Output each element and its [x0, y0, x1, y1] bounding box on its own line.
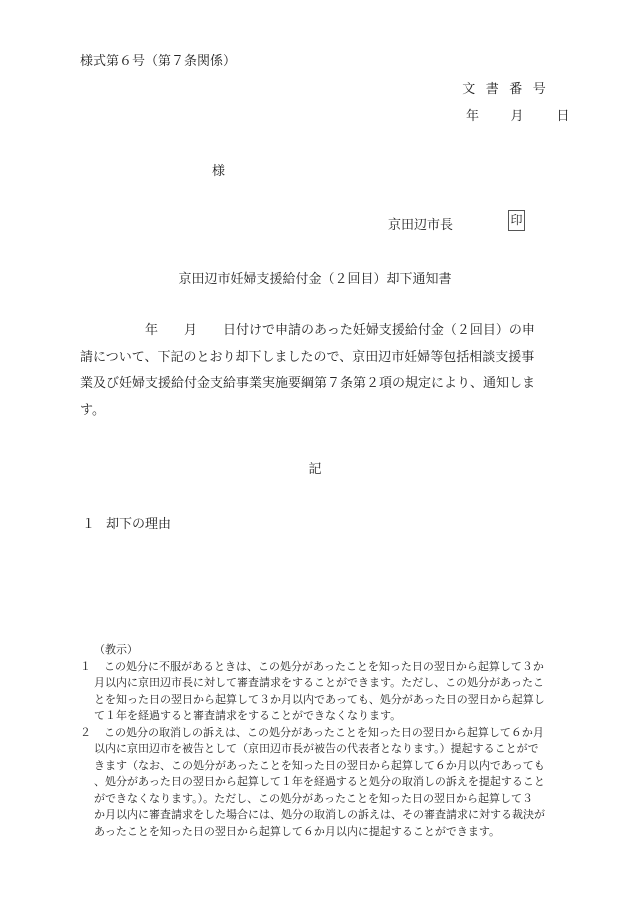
notice-line: 、処分があった日の翌日から起算して１年を経過すると処分の取消しの訴えを提起するこ…	[94, 774, 555, 791]
notice-line: て１年を経過すると審査請求をすることができなくなります。	[94, 708, 555, 725]
notice-line: 以内に京田辺市を被告として（京田辺市長が被告の代表者となります。）提起することが…	[94, 741, 555, 758]
date-day-label: 日	[546, 105, 580, 124]
notice-line: か月以内に審査請求をした場合には、処分の取消しの訴えは、その審査請求に対する裁決…	[94, 807, 555, 824]
notice-item-number: ２	[80, 725, 91, 742]
seal-stamp-box: 印	[508, 210, 525, 231]
ki-heading: 記	[0, 458, 630, 477]
notice-item-number: １	[80, 659, 91, 676]
notice-line: 月以内に京田辺市長に対して審査請求をすることができます。ただし、この処分があった…	[94, 675, 555, 692]
document-number-char: 号	[528, 78, 552, 97]
body-line: す。	[80, 398, 550, 425]
document-date-label: 年月日	[457, 105, 580, 124]
body-line: 年 月 日付けで申請のあった妊婦支援給付金（２回目）の申	[80, 318, 550, 345]
addressee-suffix: 様	[212, 160, 225, 179]
notice-line: この処分の取消しの訴えは、この処分があったことを知った日の翌日から起算して６か月	[94, 725, 555, 742]
form-number: 様式第６号（第７条関係）	[80, 50, 236, 69]
reason-section-number: １	[82, 513, 106, 532]
notice-item: ２ この処分の取消しの訴えは、この処分があったことを知った日の翌日から起算して６…	[80, 725, 555, 841]
body-line: 請について、下記のとおり却下しましたので、京田辺市妊婦等包括相談支援事	[80, 345, 550, 372]
notice-line: ができなくなります。）。ただし、この処分があったことを知った日の翌日から起算して…	[94, 791, 555, 808]
body-line: 業及び妊婦支援給付金支給事業実施要綱第７条第２項の規定により、通知しま	[80, 371, 550, 398]
reason-section-label: 却下の理由	[106, 517, 171, 532]
date-month-label: 月	[488, 105, 546, 124]
notice-line: あったことを知った日の翌日から起算して６か月以内に提起することができます。	[94, 824, 555, 841]
notice-item: １ この処分に不服があるときは、この処分があったことを知った日の翌日から起算して…	[80, 659, 555, 725]
document-number-char: 書	[481, 78, 505, 97]
document-number-char: 番	[504, 78, 528, 97]
document-title: 京田辺市妊婦支援給付金（２回目）却下通知書	[0, 268, 630, 287]
notice-line: きます（なお、この処分があったことを知った日の翌日から起算して６か月以内であって…	[94, 758, 555, 775]
notice-line: この処分に不服があるときは、この処分があったことを知った日の翌日から起算して３か	[94, 659, 555, 676]
appeal-notice: （教示） １ この処分に不服があるときは、この処分があったことを知った日の翌日か…	[80, 642, 555, 840]
document-number-label: 文書番号	[457, 78, 551, 97]
notice-header: （教示）	[80, 642, 555, 659]
document-number-char: 文	[457, 78, 481, 97]
body-paragraph: 年 月 日付けで申請のあった妊婦支援給付金（２回目）の申 請について、下記のとお…	[80, 318, 550, 424]
issuer-name: 京田辺市長	[388, 214, 453, 233]
reason-section-heading: １却下の理由	[82, 513, 171, 532]
notice-line: とを知った日の翌日から起算して３か月以内であっても、処分があった日の翌日から起算…	[94, 692, 555, 709]
date-year-label: 年	[457, 105, 488, 124]
